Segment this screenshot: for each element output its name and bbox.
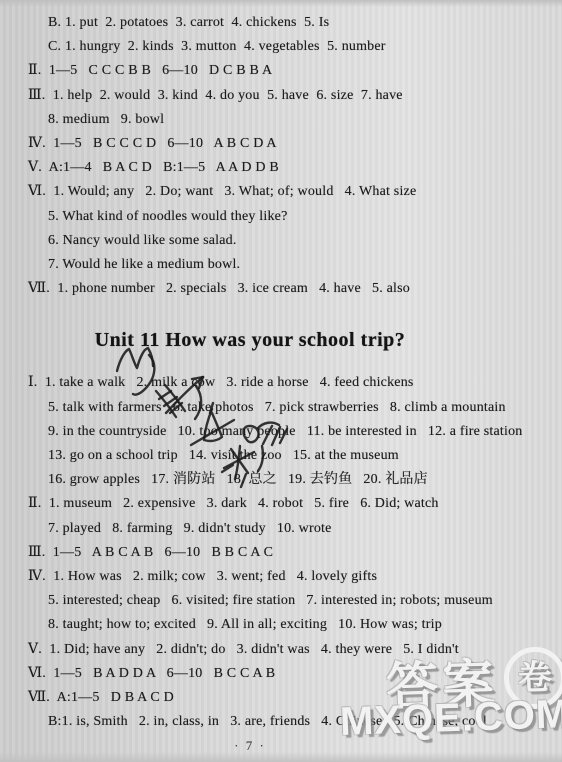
answer-line: 16. grow apples 17. 消防站 18. 总之 19. 去钓鱼 2… (0, 468, 562, 492)
answer-line: Ⅰ. 1. take a walk 2. milk a cow 3. ride … (0, 371, 562, 395)
answer-line: Ⅴ. A:1—4 B A C D B:1—5 A A D D B (0, 156, 562, 180)
answer-line: 5. talk with farmers 6. take photos 7. p… (0, 396, 562, 420)
answer-line: 9. in the countryside 10. too many peopl… (0, 420, 562, 444)
answer-line: 8. taught; how to; excited 9. All in all… (0, 613, 562, 637)
answer-line: Ⅲ. 1. help 2. would 3. kind 4. do you 5.… (0, 84, 562, 108)
answer-line: Ⅲ. 1—5 A B C A B 6—10 B B C A C (0, 541, 562, 565)
answer-line: Ⅱ. 1. museum 2. expensive 3. dark 4. rob… (0, 492, 562, 516)
answer-line: 5. What kind of noodles would they like? (0, 205, 562, 229)
answer-line: 7. Would he like a medium bowl. (0, 253, 562, 277)
answer-line: 7. played 8. farming 9. didn't study 10.… (0, 517, 562, 541)
answer-line: 6. Nancy would like some salad. (0, 229, 562, 253)
answer-line: Ⅶ. 1. phone number 2. specials 3. ice cr… (0, 277, 562, 301)
answer-line: 5. interested; cheap 6. visited; fire st… (0, 589, 562, 613)
unit10-answers-section: B. 1. put 2. potatoes 3. carrot 4. chick… (0, 0, 562, 301)
answer-line: 8. medium 9. bowl (0, 108, 562, 132)
answer-line: Ⅵ. 1. Would; any 2. Do; want 3. What; of… (0, 180, 562, 204)
answer-line: Ⅱ. 1—5 C C C B B 6—10 D C B B A (0, 59, 562, 83)
watermark-site-text: MXQE.COM (339, 692, 562, 745)
answer-line: C. 1. hungry 2. kinds 3. mutton 4. veget… (0, 35, 562, 59)
answer-line: Ⅳ. 1. How was 2. milk; cow 3. went; fed … (0, 565, 562, 589)
answer-line: 13. go on a school trip 14. visit the zo… (0, 444, 562, 468)
answer-line: Ⅳ. 1—5 B C C C D 6—10 A B C D A (0, 132, 562, 156)
unit-heading: Unit 11 How was your school trip? (0, 325, 500, 355)
answer-line: B. 1. put 2. potatoes 3. carrot 4. chick… (0, 11, 562, 35)
